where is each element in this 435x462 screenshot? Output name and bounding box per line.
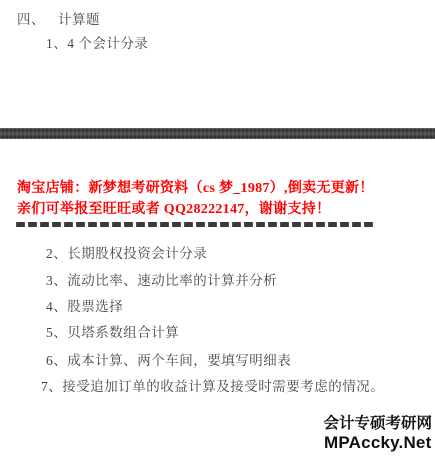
question-item-1: 1、4 个会计分录 (46, 32, 148, 52)
section-heading: 四、计算题 (17, 8, 100, 28)
question-item-2: 2、长期股权投资会计分录 (46, 242, 207, 262)
watermark-site-url: MPAccky.Net (323, 433, 432, 453)
question-item-4: 4、股票选择 (46, 295, 123, 315)
question-item-3: 3、流动比率、速动比率的计算并分析 (46, 269, 277, 289)
watermark-site-name: 会计专硕考研网 (323, 415, 432, 433)
seller-notice-line-1: 淘宝店铺：新梦想考研资料（cs 梦_1987）,倒卖无更新！ (17, 177, 374, 197)
section-title: 计算题 (58, 12, 100, 27)
site-watermark: 会计专硕考研网 MPAccky.Net (323, 415, 432, 452)
horizontal-rule-thick (0, 128, 435, 139)
horizontal-rule-dashed (16, 222, 376, 227)
seller-notice-line-2: 亲们可举报至旺旺或者 QQ28222147，谢谢支持！ (17, 198, 330, 218)
document-page: 四、计算题 1、4 个会计分录 淘宝店铺：新梦想考研资料（cs 梦_1987）,… (0, 0, 435, 462)
question-item-5: 5、贝塔系数组合计算 (46, 321, 179, 341)
question-item-7: 7、接受追加订单的收益计算及接受时需要考虑的情况。 (41, 375, 384, 395)
question-item-6: 6、成本计算、两个车间，要填写明细表 (46, 349, 291, 369)
section-number: 四、 (17, 8, 45, 28)
